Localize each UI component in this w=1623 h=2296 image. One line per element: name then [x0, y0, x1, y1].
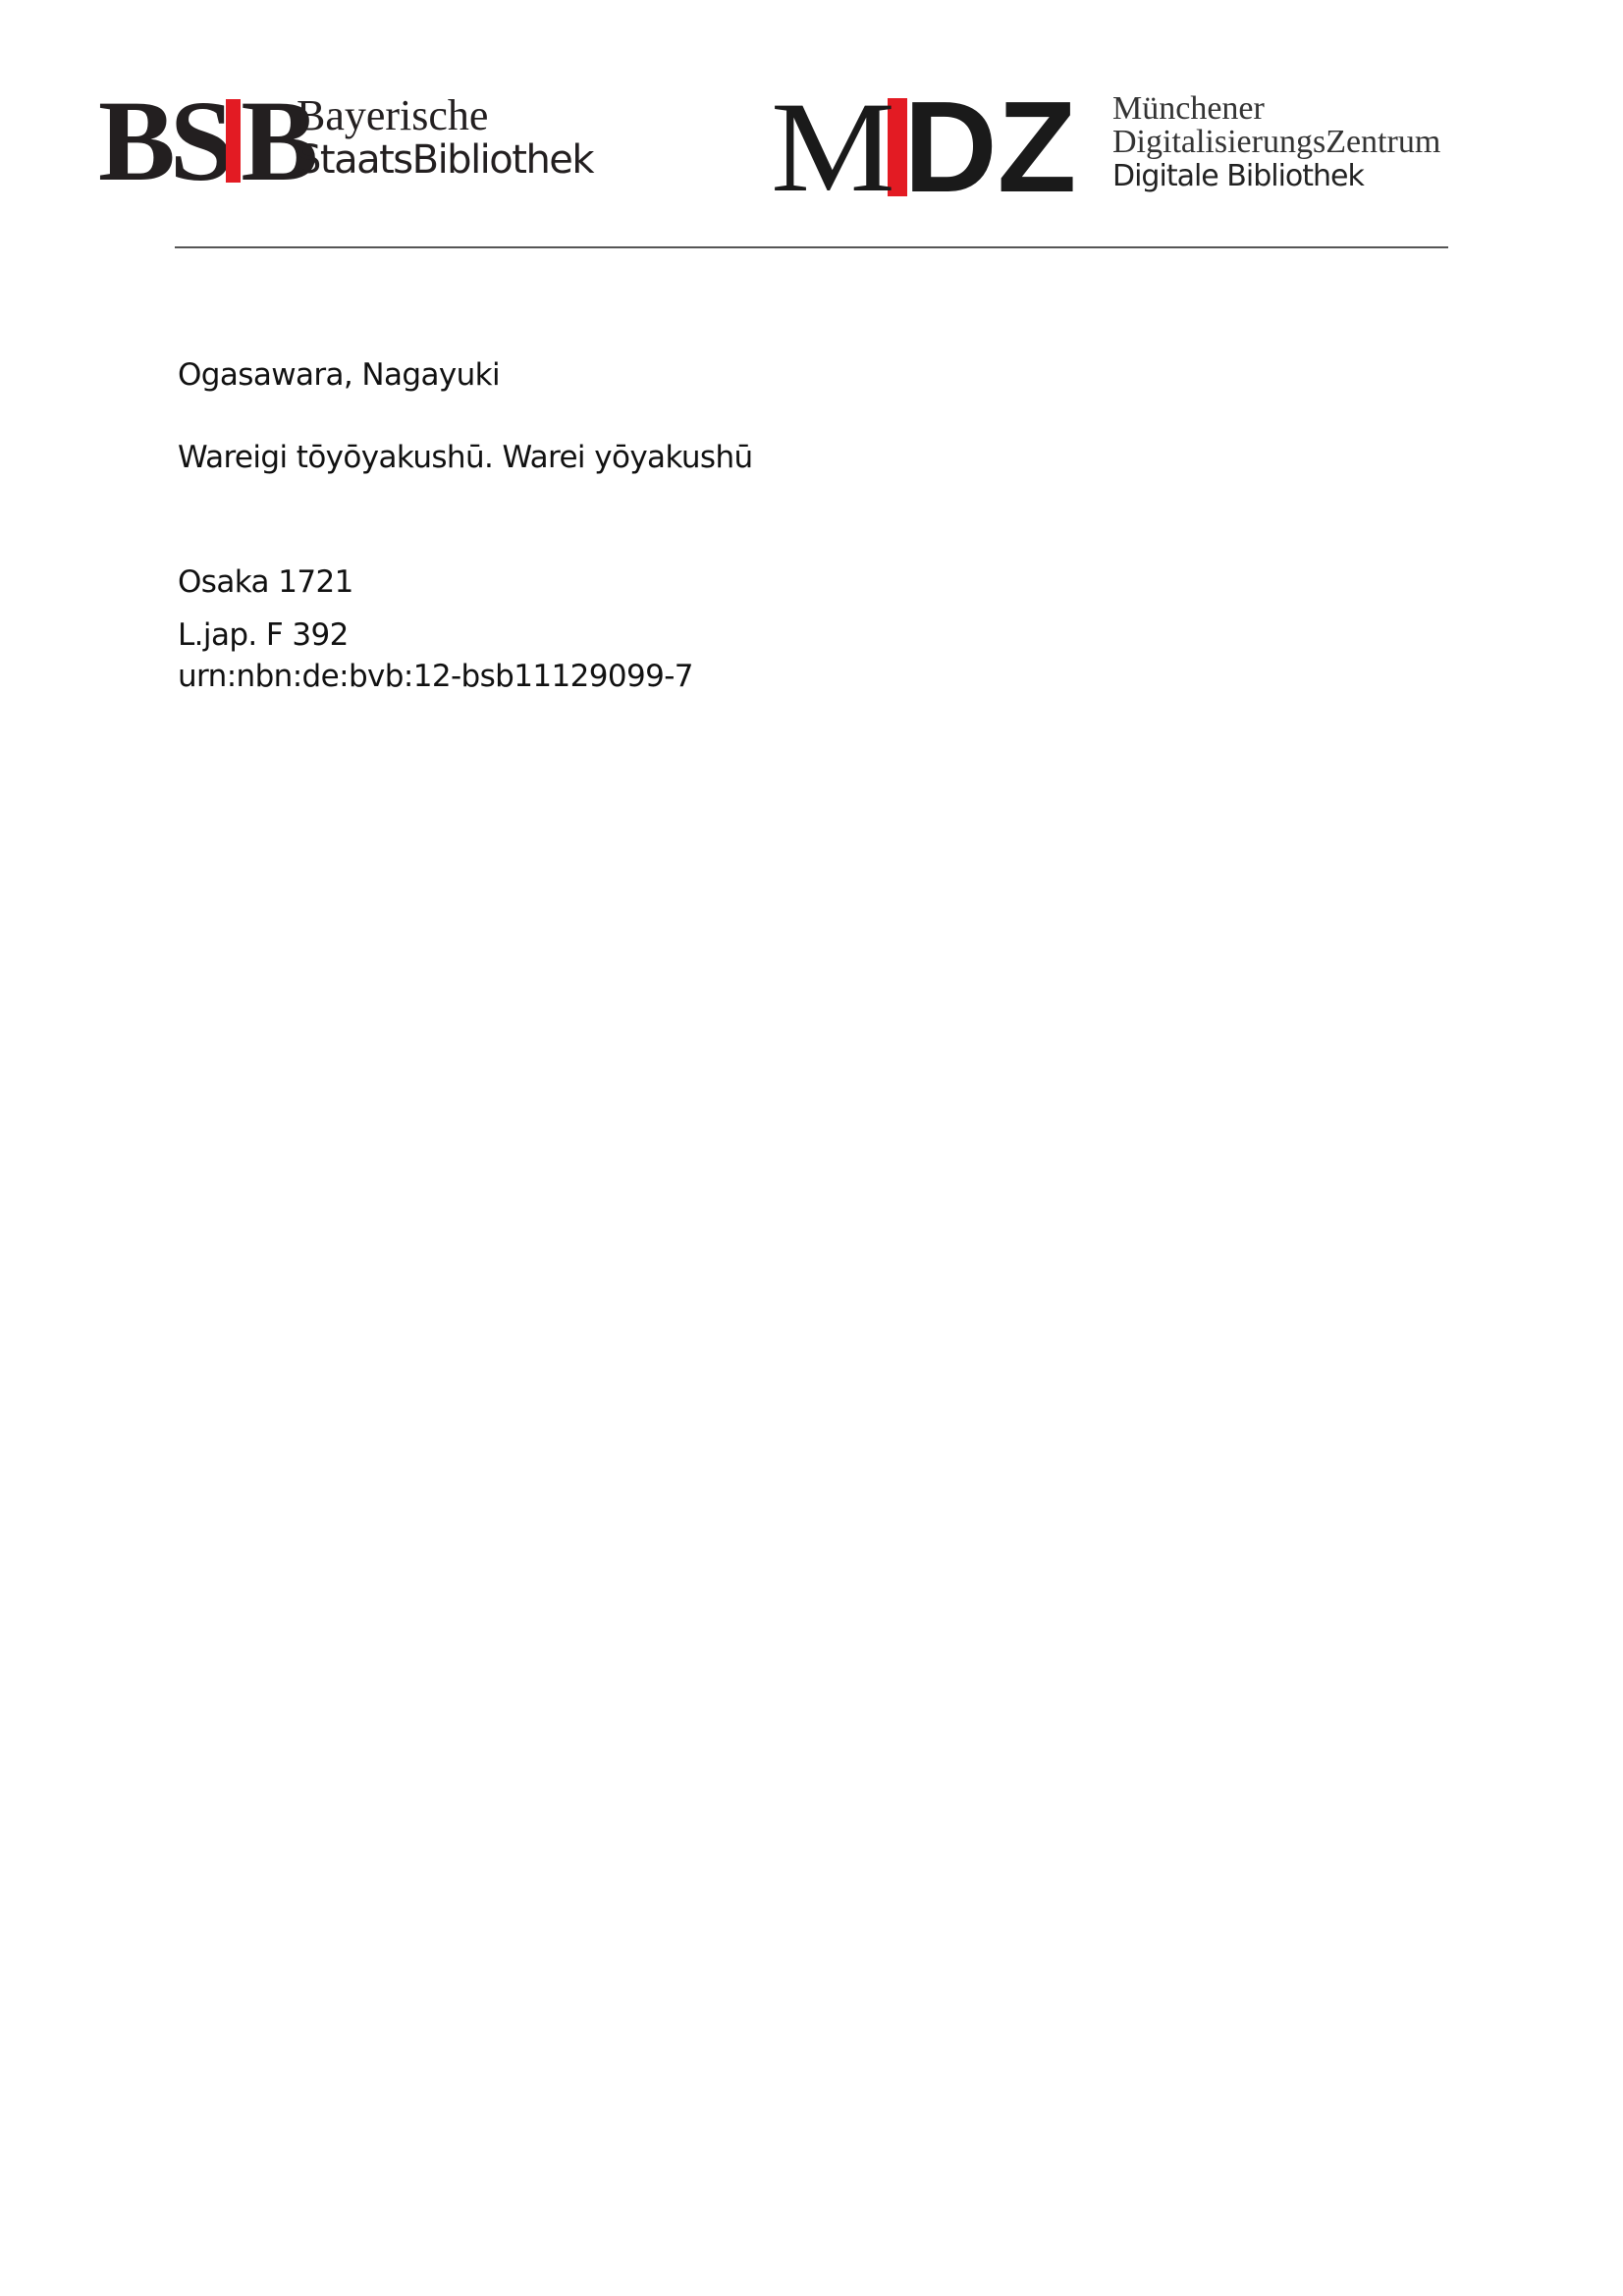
- mdz-letter-m: M: [771, 94, 891, 200]
- mdz-logo-line2: DigitalisierungsZentrum: [1112, 126, 1440, 159]
- mdz-logo-line1: Münchener: [1112, 92, 1440, 126]
- header-divider: [175, 246, 1448, 248]
- bsb-letter-b: B: [98, 96, 170, 187]
- bsb-logo-mark: B S B: [98, 96, 312, 187]
- mdz-letter-z: Z: [998, 94, 1077, 200]
- bsb-logo-line2: StaatsBibliothek: [297, 137, 593, 183]
- mdz-logo-text: Münchener DigitalisierungsZentrum Digita…: [1112, 92, 1440, 194]
- record-shelfmark: L.jap. F 392: [178, 617, 349, 653]
- record-imprint: Osaka 1721: [178, 564, 353, 600]
- bsb-letter-s: S: [170, 96, 229, 187]
- record-urn: urn:nbn:de:bvb:12-bsb11129099-7: [178, 659, 693, 694]
- record-author: Ogasawara, Nagayuki: [178, 357, 500, 393]
- mdz-logo-mark: M D Z: [771, 94, 1076, 200]
- mdz-logo-line3: Digitale Bibliothek: [1112, 159, 1440, 194]
- bsb-logo-text: Bayerische StaatsBibliothek: [297, 94, 593, 183]
- bsb-red-bar: [226, 99, 241, 183]
- mdz-letter-d: D: [903, 94, 997, 200]
- bsb-logo-line1: Bayerische: [297, 94, 593, 137]
- record-title: Wareigi tōyōyakushū. Warei yōyakushū: [178, 440, 753, 475]
